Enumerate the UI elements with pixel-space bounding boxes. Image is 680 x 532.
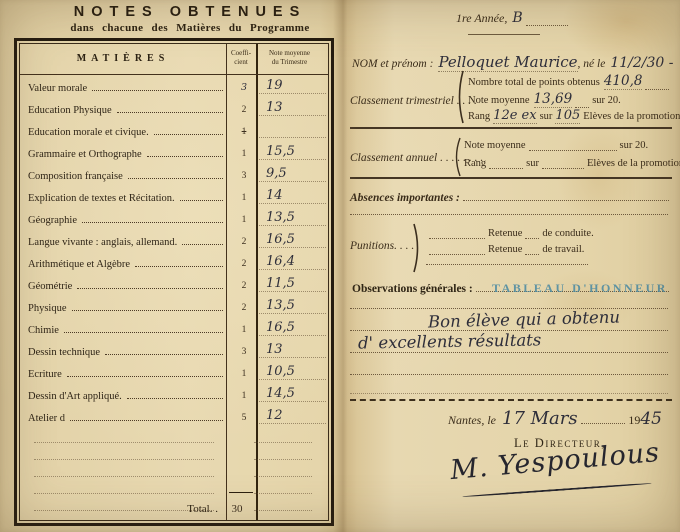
table-row: Explication de textes et Récitation.114	[20, 184, 328, 206]
blank-line	[34, 459, 214, 460]
dotted-leader	[117, 112, 223, 113]
grade-value: 13	[259, 342, 326, 358]
grade-value: 16,5	[259, 232, 326, 248]
eleves-label: Elèves de la promotion.	[583, 111, 680, 122]
dotted-leader	[67, 376, 223, 377]
grade-value: 13,5	[259, 210, 326, 226]
blank-line	[525, 244, 539, 255]
total-sum-line	[229, 492, 253, 493]
points-value: 410,8	[604, 73, 643, 90]
subject-label: Valeur morale	[28, 83, 87, 94]
subject-label: Dessin d'Art appliqué.	[28, 391, 122, 402]
dotted-leader	[147, 156, 223, 157]
blank-line	[429, 244, 485, 255]
grade-value: 9,5	[259, 166, 326, 182]
grade-value: 16,5	[259, 320, 326, 336]
signature-underline	[462, 482, 652, 497]
subject-label: Composition française	[28, 171, 123, 182]
observations-label: Observations générales :	[352, 283, 473, 295]
blank-line	[254, 476, 312, 477]
blank-table-row	[20, 477, 328, 494]
rang-label: Rang	[464, 158, 486, 169]
moyenne-label: Note moyenne	[464, 140, 526, 151]
dotted-leader	[82, 222, 223, 223]
grade-value: 10,5	[259, 364, 326, 380]
rang-value: 12e ex	[493, 108, 536, 124]
right-page: 1re Année, B NOM et prénom : Pelloquet M…	[350, 0, 676, 532]
grade-value: 16,4	[259, 254, 326, 270]
points-line: Nombre total de points obtenus 410,8	[468, 73, 672, 90]
moyenne-label: Note moyenne	[468, 95, 530, 106]
date-handwritten: 17 Mars	[502, 408, 578, 429]
dotted-leader	[180, 200, 223, 201]
grade-value	[259, 122, 326, 138]
total-label: Total. .	[20, 503, 218, 515]
dotted-leader	[127, 398, 223, 399]
blank-line	[254, 493, 312, 494]
eleves-label: Elèves de la promotion.	[587, 158, 680, 169]
blank-line	[34, 476, 214, 477]
blank-line	[254, 442, 312, 443]
nom-line: NOM et prénom : Pelloquet Maurice , né l…	[352, 53, 670, 72]
table-row: Arithmétique et Algèbre216,4	[20, 250, 328, 272]
section-divider	[350, 127, 672, 129]
column-header-note: Note moyenne du Trimestre	[257, 49, 322, 67]
coefficient-value: 2	[229, 259, 259, 269]
punitions-label: Punitions. . . .	[350, 240, 414, 252]
total-value: 30	[218, 503, 256, 515]
grade-value: 15,5	[259, 144, 326, 160]
coefficient-value: 1	[229, 127, 259, 137]
birth-date: 11/2/30 -	[610, 55, 673, 71]
blank-line	[525, 228, 539, 239]
honor-roll-stamp: TABLEAU D'HONNEUR	[492, 281, 668, 296]
nom-label: NOM et prénom :	[352, 58, 433, 70]
year-handwritten: 45	[640, 409, 662, 429]
blank-line	[34, 493, 214, 494]
dotted-leader	[135, 266, 223, 267]
subject-label: Physique	[28, 303, 67, 314]
blank-line	[350, 214, 668, 215]
conduite-label: de conduite.	[542, 228, 593, 239]
left-page-header: NOTES OBTENUES dans chacune des Matières…	[30, 4, 350, 34]
table-row: Dessin d'Art appliqué.114,5	[20, 382, 328, 404]
blank-line	[526, 10, 568, 26]
annee-label: 1re Année,	[456, 11, 507, 26]
grade-value: 11,5	[259, 276, 326, 292]
coefficient-value: 3	[229, 171, 259, 181]
blank-table-row	[20, 460, 328, 477]
coefficient-value: 2	[229, 237, 259, 247]
blank-line	[489, 158, 523, 169]
dotted-leader	[105, 354, 223, 355]
section-divider	[350, 399, 672, 401]
grade-value: 12	[259, 408, 326, 424]
grade-value: 14	[259, 188, 326, 204]
subject-label: Atelier d	[28, 413, 65, 424]
table-row: Grammaire et Orthographe115,5	[20, 140, 328, 162]
ne-le-label: , né le	[578, 58, 606, 70]
rang-total-value: 105	[555, 108, 580, 124]
moyenne-trimestre-line: Note moyenne 13,69 sur 20.	[468, 91, 621, 108]
annee-line: 1re Année, B	[456, 10, 571, 26]
coefficient-value: 1	[229, 325, 259, 335]
blank-table-row	[20, 443, 328, 460]
sur-label: sur	[540, 111, 553, 122]
grade-value: 14,5	[259, 386, 326, 402]
subject-label: Dessin technique	[28, 347, 100, 358]
subject-label: Ecriture	[28, 369, 62, 380]
table-row: Composition française39,5	[20, 162, 328, 184]
retenue-label: Retenue	[488, 228, 522, 239]
dotted-leader	[64, 332, 223, 333]
travail-label: de travail.	[542, 244, 584, 255]
ruled-line	[350, 393, 668, 394]
dotted-leader	[70, 420, 223, 421]
sur20-label: sur 20.	[620, 140, 649, 151]
coefficient-value: 3	[229, 347, 259, 357]
table-row: Langue vivante : anglais, allemand.216,5	[20, 228, 328, 250]
table-row: Valeur morale319	[20, 74, 328, 96]
ruled-line	[350, 374, 668, 375]
brace-punitions	[412, 223, 424, 273]
absences-label: Absences importantes :	[350, 192, 460, 204]
date-line: Nantes, le 17 Mars 19 45	[448, 408, 662, 429]
rang-annuel-line: Rang sur Elèves de la promotion.	[464, 158, 680, 169]
sur-label: sur	[526, 158, 539, 169]
blank-line	[463, 200, 669, 201]
subject-label: Langue vivante : anglais, allemand.	[28, 237, 177, 248]
table-row: Atelier d512	[20, 404, 328, 426]
grades-table-inner: MATIÈRES Coeffi- cient Note moyenne du T…	[19, 43, 329, 521]
column-header-coefficient: Coeffi- cient	[226, 49, 256, 67]
table-row: Géométrie211,5	[20, 272, 328, 294]
blank-line	[34, 442, 214, 443]
coefficient-value: 3	[229, 82, 259, 93]
section-divider	[350, 177, 672, 179]
signature-line: M. Yespoulous	[440, 446, 670, 477]
blank-line	[426, 264, 588, 265]
page-subtitle: dans chacune des Matières du Programme	[30, 22, 350, 34]
column-header-matieres: MATIÈRES	[20, 53, 226, 64]
coefficient-value: 5	[229, 413, 259, 423]
retenue-conduite-line: Retenue de conduite.	[426, 228, 594, 239]
moyenne-annuel-line: Note moyenne sur 20.	[464, 140, 648, 151]
grade-value: 13	[259, 100, 326, 116]
table-row: Physique213,5	[20, 294, 328, 316]
dotted-leader	[77, 288, 223, 289]
ruled-line	[350, 308, 668, 309]
blank-line	[575, 91, 589, 108]
blank-line	[529, 140, 617, 151]
coefficient-value: 1	[229, 149, 259, 159]
coefficient-value: 2	[229, 105, 259, 115]
blank-table-row	[20, 426, 328, 443]
blank-line	[581, 423, 626, 424]
sur20-label: sur 20.	[592, 95, 621, 106]
coefficient-value: 2	[229, 281, 259, 291]
coefficient-value: 1	[229, 369, 259, 379]
annee-value: B	[512, 10, 522, 26]
coefficient-value: 1	[229, 193, 259, 203]
blank-line	[254, 459, 312, 460]
blank-line	[429, 228, 485, 239]
rang-trimestre-line: Rang 12e ex sur 105 Elèves de la promoti…	[468, 108, 680, 124]
points-label: Nombre total de points obtenus	[468, 77, 600, 88]
total-row: Total. . 30	[20, 503, 328, 515]
city-label: Nantes, le	[448, 413, 496, 428]
subject-label: Explication de textes et Récitation.	[28, 193, 175, 204]
rang-label: Rang	[468, 111, 490, 122]
subject-label: Géographie	[28, 215, 77, 226]
coefficient-value: 2	[229, 303, 259, 313]
blank-line	[542, 158, 584, 169]
divider-line	[468, 34, 540, 35]
subject-label: Géométrie	[28, 281, 72, 292]
dotted-leader	[182, 244, 223, 245]
subject-label: Arithmétique et Algèbre	[28, 259, 130, 270]
table-row: Chimie116,5	[20, 316, 328, 338]
ruled-line	[350, 352, 668, 353]
subjects-body: Valeur morale319Education Physique213Edu…	[20, 74, 328, 511]
grades-table: MATIÈRES Coeffi- cient Note moyenne du T…	[14, 38, 334, 526]
grade-value: 19	[259, 78, 326, 94]
table-row: Ecriture110,5	[20, 360, 328, 382]
observation-handwriting-1: Bon élève qui a obtenu	[428, 310, 620, 329]
subject-label: Education Physique	[28, 105, 112, 116]
coefficient-value: 1	[229, 391, 259, 401]
table-row: Dessin technique313	[20, 338, 328, 360]
year-printed: 19	[628, 413, 640, 428]
grade-value: 13,5	[259, 298, 326, 314]
subject-label: Education morale et civique.	[28, 127, 149, 138]
dotted-leader	[92, 90, 223, 91]
moyenne-value: 13,69	[534, 91, 573, 108]
blank-line	[645, 73, 669, 90]
dotted-leader	[128, 178, 223, 179]
retenue-travail-line: Retenue de travail.	[426, 244, 584, 255]
retenue-label: Retenue	[488, 244, 522, 255]
dotted-leader	[154, 134, 223, 135]
brace-annuel	[450, 137, 462, 177]
absences-line: Absences importantes :	[350, 192, 672, 204]
coefficient-value: 1	[229, 215, 259, 225]
dotted-leader	[72, 310, 223, 311]
table-row: Géographie113,5	[20, 206, 328, 228]
table-row: Education morale et civique.1	[20, 118, 328, 140]
page-title: NOTES OBTENUES	[30, 4, 350, 20]
brace-trimestriel	[453, 70, 465, 124]
table-row: Education Physique213	[20, 96, 328, 118]
subject-label: Grammaire et Orthographe	[28, 149, 142, 160]
observation-handwriting-2: d' excellents résultats	[358, 332, 541, 351]
subject-label: Chimie	[28, 325, 59, 336]
